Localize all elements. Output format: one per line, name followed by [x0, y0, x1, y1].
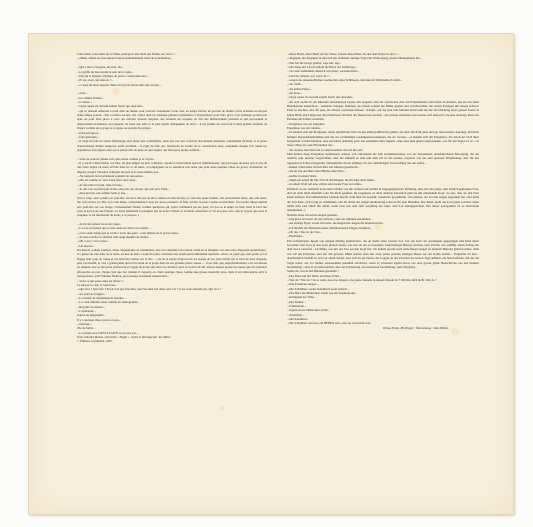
text-paragraph: ...Il s'agit de faits de valeur intrinsè…: [77, 139, 267, 152]
text-paragraph: Plötzlich, da sie vielleicht noch zehn S…: [287, 187, 479, 213]
text-paragraph: Ein lachsfarbenes Insekt von einigen fün…: [287, 239, 479, 269]
copyright-line: © Éditions Gallimard, 1963.: [77, 339, 267, 343]
right-column-german-text: ...Diese Hand, diese Hand auf der Seine,…: [287, 52, 479, 330]
text-paragraph: ...Es handelt sich um Ereignisse, deren …: [287, 130, 479, 147]
text-paragraph: ...die sich nachts in ein Museum einschl…: [287, 100, 479, 122]
text-paragraph: Un insecte couleur saumon, d'une cinquan…: [77, 248, 267, 278]
document-page: Cette main, cette main sur la Seine, pou…: [28, 33, 514, 515]
text-paragraph: ...qui se laissent enfermer la nuit dans…: [77, 109, 267, 131]
translation-credit: Verlag Neske, Pfullingen · Übersetzung :…: [287, 326, 479, 330]
text-paragraph: ...Il y aurait à hiérarchiser ces faits,…: [77, 161, 267, 174]
text-paragraph: Man könnte diese Ereignisse stufenweise …: [287, 152, 479, 165]
left-column-french-text: Cette main, cette main sur la Seine, pou…: [77, 52, 267, 344]
text-paragraph: Tout à coup, alors qu'elle est peut-être…: [77, 196, 267, 218]
